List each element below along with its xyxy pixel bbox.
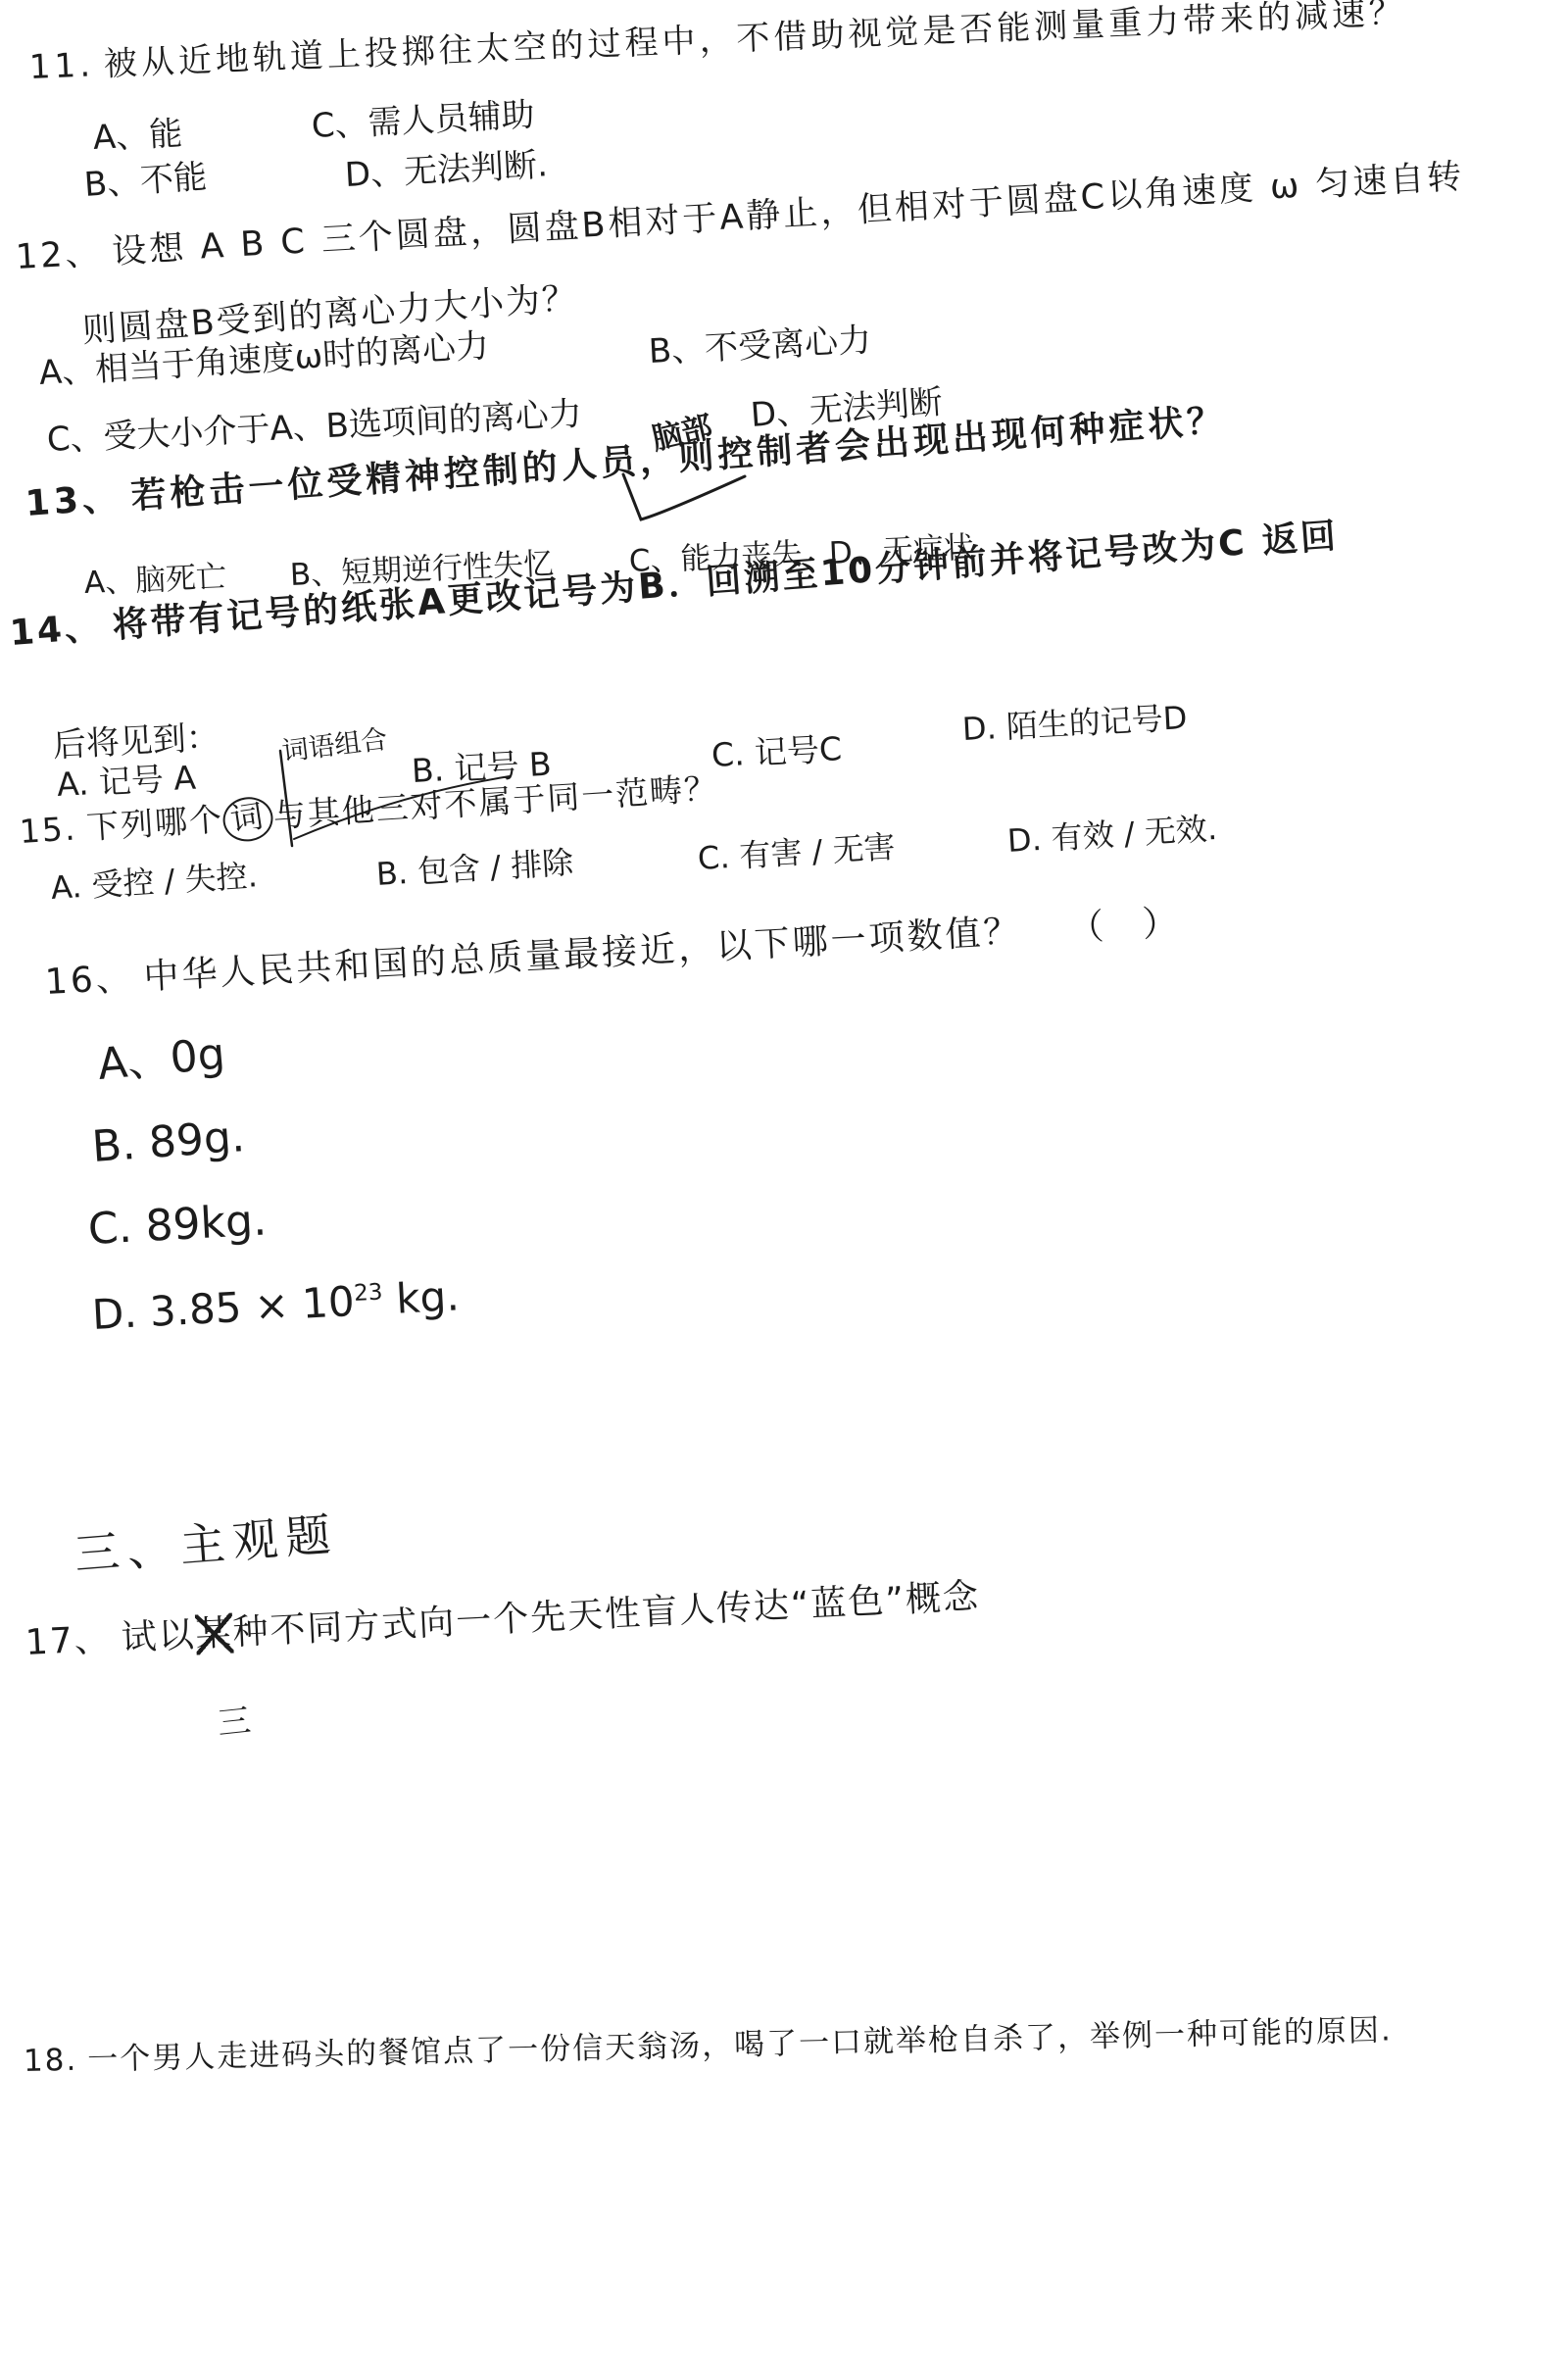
question-15-body-pre: 下列哪个 <box>85 800 224 847</box>
question-12-number: 12、 <box>15 233 104 277</box>
question-18-number: 18. <box>24 2043 78 2079</box>
question-11-body: 被从近地轨道上投掷往太空的过程中，不借助视觉是否能测量重力带来的减速？ <box>103 0 1407 84</box>
question-16-body: 中华人民共和国的总质量最接近，以下哪一项数值？ <box>143 912 1023 998</box>
question-16-option-d-exponent: 23 <box>353 1279 383 1307</box>
question-17-body-pre: 试以 <box>121 1615 197 1659</box>
question-17-text: 17、试以某种不同方式向一个先天性盲人传达“蓝色”概念 <box>24 1576 981 1663</box>
question-15-option-a: A. 受控 / 失控. <box>50 858 259 907</box>
section-title-subjective-questions: 三、主观题 <box>73 1508 340 1581</box>
question-17-body-post: 种不同方式向一个先天性盲人传达“蓝色”概念 <box>232 1576 981 1653</box>
question-12-option-b: B、不受离心力 <box>648 321 872 371</box>
question-14-text-line2: 后将见到： <box>52 718 220 765</box>
question-18-text: 18.一个男人走进码头的餐馆点了一份信天翁汤，喝了一口就举枪自杀了，举例一种可能… <box>24 2013 1394 2079</box>
question-16-option-d-unit: kg. <box>382 1271 461 1323</box>
question-14-option-a: A. 记号 A <box>56 760 197 804</box>
question-16-number: 16、 <box>44 958 135 1003</box>
question-13-body-pre: 若枪击一位受精神控制的人员 <box>129 441 641 517</box>
question-16-option-d-base: D. 3.85 × 10 <box>91 1277 356 1339</box>
question-12-text-line1: 12、设想 A B C 三个圆盘，圆盘B相对于A静止，但相对于圆盘C以角速度 ω… <box>15 157 1465 277</box>
question-11-number: 11. <box>28 45 95 87</box>
question-16-option-b: B. 89g. <box>90 1112 246 1172</box>
question-13-number: 13、 <box>24 477 123 524</box>
question-16-option-a: A、0g <box>96 1030 227 1091</box>
question-15-option-d: D. 有效 / 无效. <box>1006 811 1218 860</box>
question-14-option-c: C. 记号C <box>710 730 843 774</box>
question-15-option-c: C. 有害 / 无害 <box>697 829 897 877</box>
question-11-text: 11.被从近地轨道上投掷往太空的过程中，不借助视觉是否能测量重力带来的减速？ <box>28 0 1407 87</box>
question-11-option-b: B、不能 <box>83 158 209 205</box>
question-14-number: 14、 <box>8 607 104 654</box>
question-16-text: 16、中华人民共和国的总质量最接近，以下哪一项数值？（ ） <box>44 903 1193 1004</box>
circled-word: 词 <box>220 794 276 845</box>
question-12-body-line1: 设想 A B C 三个圆盘，圆盘B相对于A静止，但相对于圆盘C以角速度 ω 匀速… <box>111 157 1465 272</box>
question-11-option-d: D、无法判断. <box>344 146 549 195</box>
crossed-out-character: 某 <box>195 1613 234 1655</box>
answer-brackets: （ ） <box>1067 903 1192 950</box>
question-16-option-d: D. 3.85 × 1023 kg. <box>91 1272 461 1339</box>
question-11-option-c: C、需人员辅助 <box>311 96 535 146</box>
handwritten-exam-sheet: 11.被从近地轨道上投掷往太空的过程中，不借助视觉是否能测量重力带来的减速？ A… <box>0 0 1568 2370</box>
question-14-option-d: D. 陌生的记号D <box>961 700 1188 748</box>
question-18-body: 一个男人走进码头的餐馆点了一份信天翁汤，喝了一口就举枪自杀了，举例一种可能的原因… <box>87 2012 1393 2077</box>
question-15-number: 15. <box>19 809 78 851</box>
question-11-option-a: A、能 <box>92 115 183 158</box>
question-17-correction-character: 三 <box>216 1703 253 1744</box>
question-17-number: 17、 <box>24 1619 113 1663</box>
question-13-option-a: A、脑死亡 <box>83 561 227 602</box>
question-16-option-c: C. 89kg. <box>87 1197 268 1256</box>
